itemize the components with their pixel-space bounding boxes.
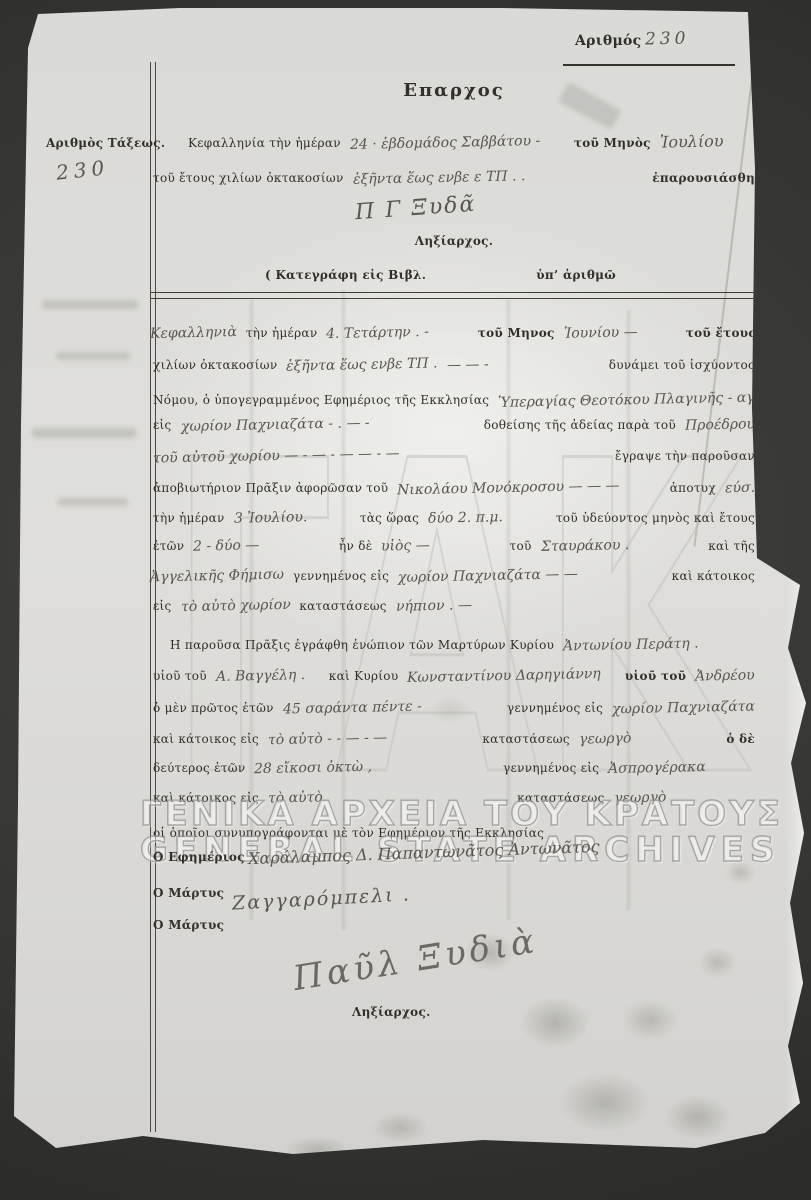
header-line-1: Κεφαλληνία τὴν ἡμέραν 24 · ἑβδομάδος Σαβ… bbox=[188, 132, 748, 151]
header-line-2: τοῦ ἔτους χιλίων ὀκτακοσίων ἑξῆντα ἕως ε… bbox=[153, 170, 755, 186]
handwritten-entry: ἑξῆντα ἕως ενβε ε ΤΠ . . bbox=[352, 168, 525, 188]
handwritten-entry: Κωνσταντίνου Δαρηγιάννη bbox=[407, 666, 601, 686]
printed-label: ( Κατεγράφη εἰς Βιβλ. bbox=[265, 268, 426, 282]
witness2-label: Ο Μάρτυς bbox=[153, 918, 224, 932]
handwritten-entry: τὸ αὐτὸ χωρίον bbox=[180, 597, 290, 615]
bleed-through-mark bbox=[56, 352, 130, 360]
printed-label: καταστάσεως bbox=[299, 599, 387, 613]
order-number-value: 230 bbox=[55, 155, 110, 184]
archive-watermark-greek: ΓΕΝΙΚΑ ΑΡΧΕΙΑ ΤΟΥ ΚΡΑΤΟΥΣ bbox=[140, 794, 760, 834]
act-line-9: Ἀγγελικῆς Φήμισω γεννημένος εἰς χωρίον Π… bbox=[150, 568, 755, 584]
act-line-4: εἰς χωρίον Παχνιαζάτα - . — - δοθείσης τ… bbox=[153, 417, 755, 433]
printed-label: ἐτῶν bbox=[153, 539, 184, 553]
handwritten-entry: Ἀνδρέου bbox=[695, 667, 755, 684]
handwritten-entry: Ἰουλίου bbox=[660, 131, 724, 151]
act-line-2: χιλίων ὀκτακοσίων ἑξῆντα ἕως ενβε ΤΠ . —… bbox=[153, 357, 755, 373]
bleed-through-mark bbox=[32, 428, 136, 438]
printed-label: ἀποβιωτήριον Πρᾶξιν ἀφορῶσαν τοῦ bbox=[153, 481, 388, 495]
printed-label: γεννημένος εἰς bbox=[503, 761, 599, 775]
act-line-6: ἀποβιωτήριον Πρᾶξιν ἀφορῶσαν τοῦ Νικολάο… bbox=[153, 480, 755, 496]
document-number-value: 230 bbox=[645, 29, 690, 50]
stain bbox=[690, 940, 745, 985]
handwritten-entry: Ὑπεραγίας Θεοτόκου Πλαγινῆς - αγγάς bbox=[498, 389, 781, 411]
priest-label: Ο Εφημέριος bbox=[153, 850, 245, 864]
number-underline bbox=[563, 64, 735, 66]
act-line-1: Κεφαλληνιὰ τὴν ἡμέραν 4. Τετάρτην . - το… bbox=[150, 325, 756, 341]
stain bbox=[610, 990, 690, 1050]
printed-label: υἱοῦ τοῦ bbox=[153, 669, 207, 683]
handwritten-entry: 24 · ἑβδομάδος Σαββάτου - bbox=[350, 133, 540, 153]
printed-label: καὶ τῆς bbox=[708, 539, 755, 553]
scanned-document: { "header": { "number_label": "Αριθμός",… bbox=[0, 0, 811, 1200]
printed-label: ἐπαρουσιάσθη bbox=[652, 171, 755, 185]
printed-label: ἦν δὲ bbox=[339, 539, 372, 553]
handwritten-entry: υἱὸς — bbox=[381, 537, 430, 554]
printed-label: Νόμου, ὁ ὑπογεγραμμένος Εφημέριος τῆς Εκ… bbox=[153, 393, 489, 407]
handwritten-entry: Σταυράκου . bbox=[540, 537, 629, 555]
printed-label: ὁ δὲ bbox=[726, 732, 755, 746]
recorded-line: ( Κατεγράφη εἰς Βιβλ. ὑπ’ ἀριθμῶ bbox=[265, 268, 685, 282]
witness-line-5: δεύτερος ἐτῶν 28 εἴκοσι ὀκτὼ , γεννημένο… bbox=[153, 760, 755, 776]
stain bbox=[540, 1060, 670, 1145]
printed-label: τὰς ὥρας bbox=[360, 511, 419, 525]
act-line-7: τὴν ἡμέραν 3 Ἰουλίου. τὰς ὥρας δύο 2. π.… bbox=[153, 510, 755, 526]
printed-label: τοῦ Μηνος bbox=[478, 326, 555, 340]
handwritten-entry: δύο 2. π.μ. bbox=[428, 509, 503, 527]
handwritten-entry: Προέδρου bbox=[685, 416, 755, 433]
handwritten-entry: γεωργὸ bbox=[579, 730, 632, 747]
printed-label: χιλίων ὀκτακοσίων bbox=[153, 358, 277, 372]
act-line-8: ἐτῶν 2 - δύο — ἦν δὲ υἱὸς — τοῦ Σταυράκο… bbox=[153, 538, 755, 554]
printed-label: τοῦ ἔτους bbox=[686, 326, 756, 340]
bleed-through-mark bbox=[42, 300, 138, 309]
printed-label: ὑπ’ ἀριθμῶ bbox=[536, 268, 616, 282]
printed-label: εἰς bbox=[153, 418, 172, 432]
handwritten-entry: Ἰουνίου — bbox=[563, 324, 637, 342]
document-page: ΓΑΚ Αριθμός 230 Επαρχος Κεφαλληνία τὴν ἡ… bbox=[0, 0, 811, 1200]
printed-label: ὁ μὲν πρῶτος ἐτῶν bbox=[153, 701, 274, 715]
printed-label: ἔγραψε τὴν παροῦσαν bbox=[615, 449, 755, 463]
svg-text:ΓΑΚ: ΓΑΚ bbox=[168, 372, 753, 817]
handwritten-entry: 45 σαράντα πέντε - bbox=[283, 699, 422, 718]
page-title: Επαρχος bbox=[153, 80, 755, 101]
act-line-10: εἰς τὸ αὐτὸ χωρίον καταστάσεως νήπιον . … bbox=[153, 598, 755, 614]
witness-line-2: υἱοῦ τοῦ Α. Βαγγέλη . καὶ Κυρίου Κωνσταν… bbox=[153, 668, 755, 684]
handwritten-entry: Α. Βαγγέλη . bbox=[216, 667, 305, 685]
handwritten-entry: νήπιον . — bbox=[396, 597, 472, 615]
printed-label: ἀποτυχ bbox=[670, 481, 716, 495]
printed-label: Η παροῦσα Πρᾶξις ἐγράφθη ἐνώπιον τῶν Μαρ… bbox=[170, 638, 554, 652]
handwritten-entry: — — - bbox=[447, 357, 489, 374]
handwritten-entry: χωρίον Παχνιαζάτα - . — - bbox=[180, 415, 369, 435]
printed-label: τοῦ bbox=[510, 539, 532, 553]
handwritten-entry: Ἀσπρογέρακα bbox=[608, 759, 706, 777]
handwritten-entry: Νικολάου Μονόκροσου — — — bbox=[397, 478, 620, 499]
handwritten-entry: χωρίον Παχνιαζάτα — — bbox=[398, 566, 578, 586]
handwritten-entry: Ἀντωνίου Περάτη . bbox=[563, 636, 699, 655]
printed-label: τοῦ ὑδεύοντος μηνὸς καὶ ἔτους bbox=[556, 511, 755, 525]
handwritten-entry: ἑξῆντα ἕως ενβε ΤΠ . bbox=[286, 355, 438, 374]
printed-label: τοῦ Μηνὸς bbox=[574, 136, 651, 150]
printed-label: καταστάσεως bbox=[482, 732, 570, 746]
registrar-title: Ληξίαρχος. bbox=[153, 234, 755, 248]
printed-label: υἱοῦ τοῦ bbox=[625, 669, 686, 683]
stain bbox=[650, 1085, 745, 1150]
handwritten-entry: Ἀγγελικῆς Φήμισω bbox=[150, 567, 284, 586]
witness1-label: Ο Μάρτυς bbox=[153, 886, 224, 900]
witness-line-3: ὁ μὲν πρῶτος ἐτῶν 45 σαράντα πέντε - γεν… bbox=[153, 700, 755, 716]
act-line-3: Νόμου, ὁ ὑπογεγραμμένος Εφημέριος τῆς Εκ… bbox=[153, 392, 778, 408]
printed-label: καὶ Κυρίου bbox=[329, 669, 399, 683]
registrar-bottom-title: Ληξίαρχος. bbox=[352, 1005, 431, 1019]
stain bbox=[360, 1105, 440, 1150]
printed-label: τὴν ἡμέραν bbox=[153, 511, 225, 525]
section-divider bbox=[151, 292, 763, 299]
bleed-through-mark bbox=[58, 498, 128, 506]
printed-label: τοῦ ἔτους χιλίων ὀκτακοσίων bbox=[153, 171, 344, 185]
stain bbox=[270, 1130, 365, 1170]
printed-label: δεύτερος ἐτῶν bbox=[153, 761, 245, 775]
printed-label: δυνάμει τοῦ ἰσχύοντος bbox=[609, 358, 755, 372]
handwritten-entry: 2 - δύο — bbox=[193, 537, 260, 554]
printed-label: δοθείσης τῆς ἀδείας παρὰ τοῦ bbox=[484, 418, 676, 432]
handwritten-entry: 3 Ἰουλίου. bbox=[233, 509, 307, 527]
stain bbox=[505, 985, 605, 1060]
registrar-signature: Π Γ Ξυδᾶ bbox=[354, 192, 477, 225]
handwritten-entry: τὸ αὐτὸ - - — - — bbox=[268, 730, 388, 748]
witness-line-4: καὶ κάτοικος εἰς τὸ αὐτὸ - - — - — κατασ… bbox=[153, 731, 755, 747]
registrar-bottom-signature: Παῦλ Ξυδιὰ bbox=[290, 921, 540, 999]
printed-label: τὴν ἡμέραν bbox=[246, 326, 318, 340]
printed-label: εἰς bbox=[153, 599, 172, 613]
archive-monogram-watermark: ΓΑΚ bbox=[155, 372, 755, 817]
form-left-border bbox=[150, 62, 156, 1132]
printed-label: γεννημένος εἰς bbox=[507, 701, 603, 715]
handwritten-entry: 4. Τετάρτην . - bbox=[326, 324, 429, 342]
document-number-label: Αριθμός bbox=[575, 33, 642, 49]
witness-line-1: Η παροῦσα Πρᾶξις ἐγράφθη ἐνώπιον τῶν Μαρ… bbox=[170, 637, 755, 653]
handwritten-entry: 28 εἴκοσι ὀκτὼ , bbox=[254, 759, 372, 777]
printed-label: καὶ κάτοικος εἰς bbox=[153, 732, 259, 746]
handwritten-entry: Κεφαλληνιὰ bbox=[150, 324, 237, 342]
printed-label: Κεφαλληνία τὴν ἡμέραν bbox=[188, 136, 341, 150]
printed-label: καὶ κάτοικος bbox=[672, 569, 755, 583]
handwritten-entry: τοῦ αὐτοῦ χωρίου — - — - — — - — bbox=[153, 445, 400, 466]
order-number-label: Αριθμὸς Τάξεως. bbox=[46, 136, 165, 150]
handwritten-entry: χωρίον Παχνιαζάτα bbox=[612, 699, 755, 718]
witness1-signature: Ζαγγαρόμπελι . bbox=[232, 883, 412, 914]
handwritten-entry: εύσ. bbox=[725, 480, 755, 497]
act-line-5: τοῦ αὐτοῦ χωρίου — - — - — — - — ἔγραψε … bbox=[153, 448, 755, 464]
printed-label: γεννημένος εἰς bbox=[293, 569, 389, 583]
